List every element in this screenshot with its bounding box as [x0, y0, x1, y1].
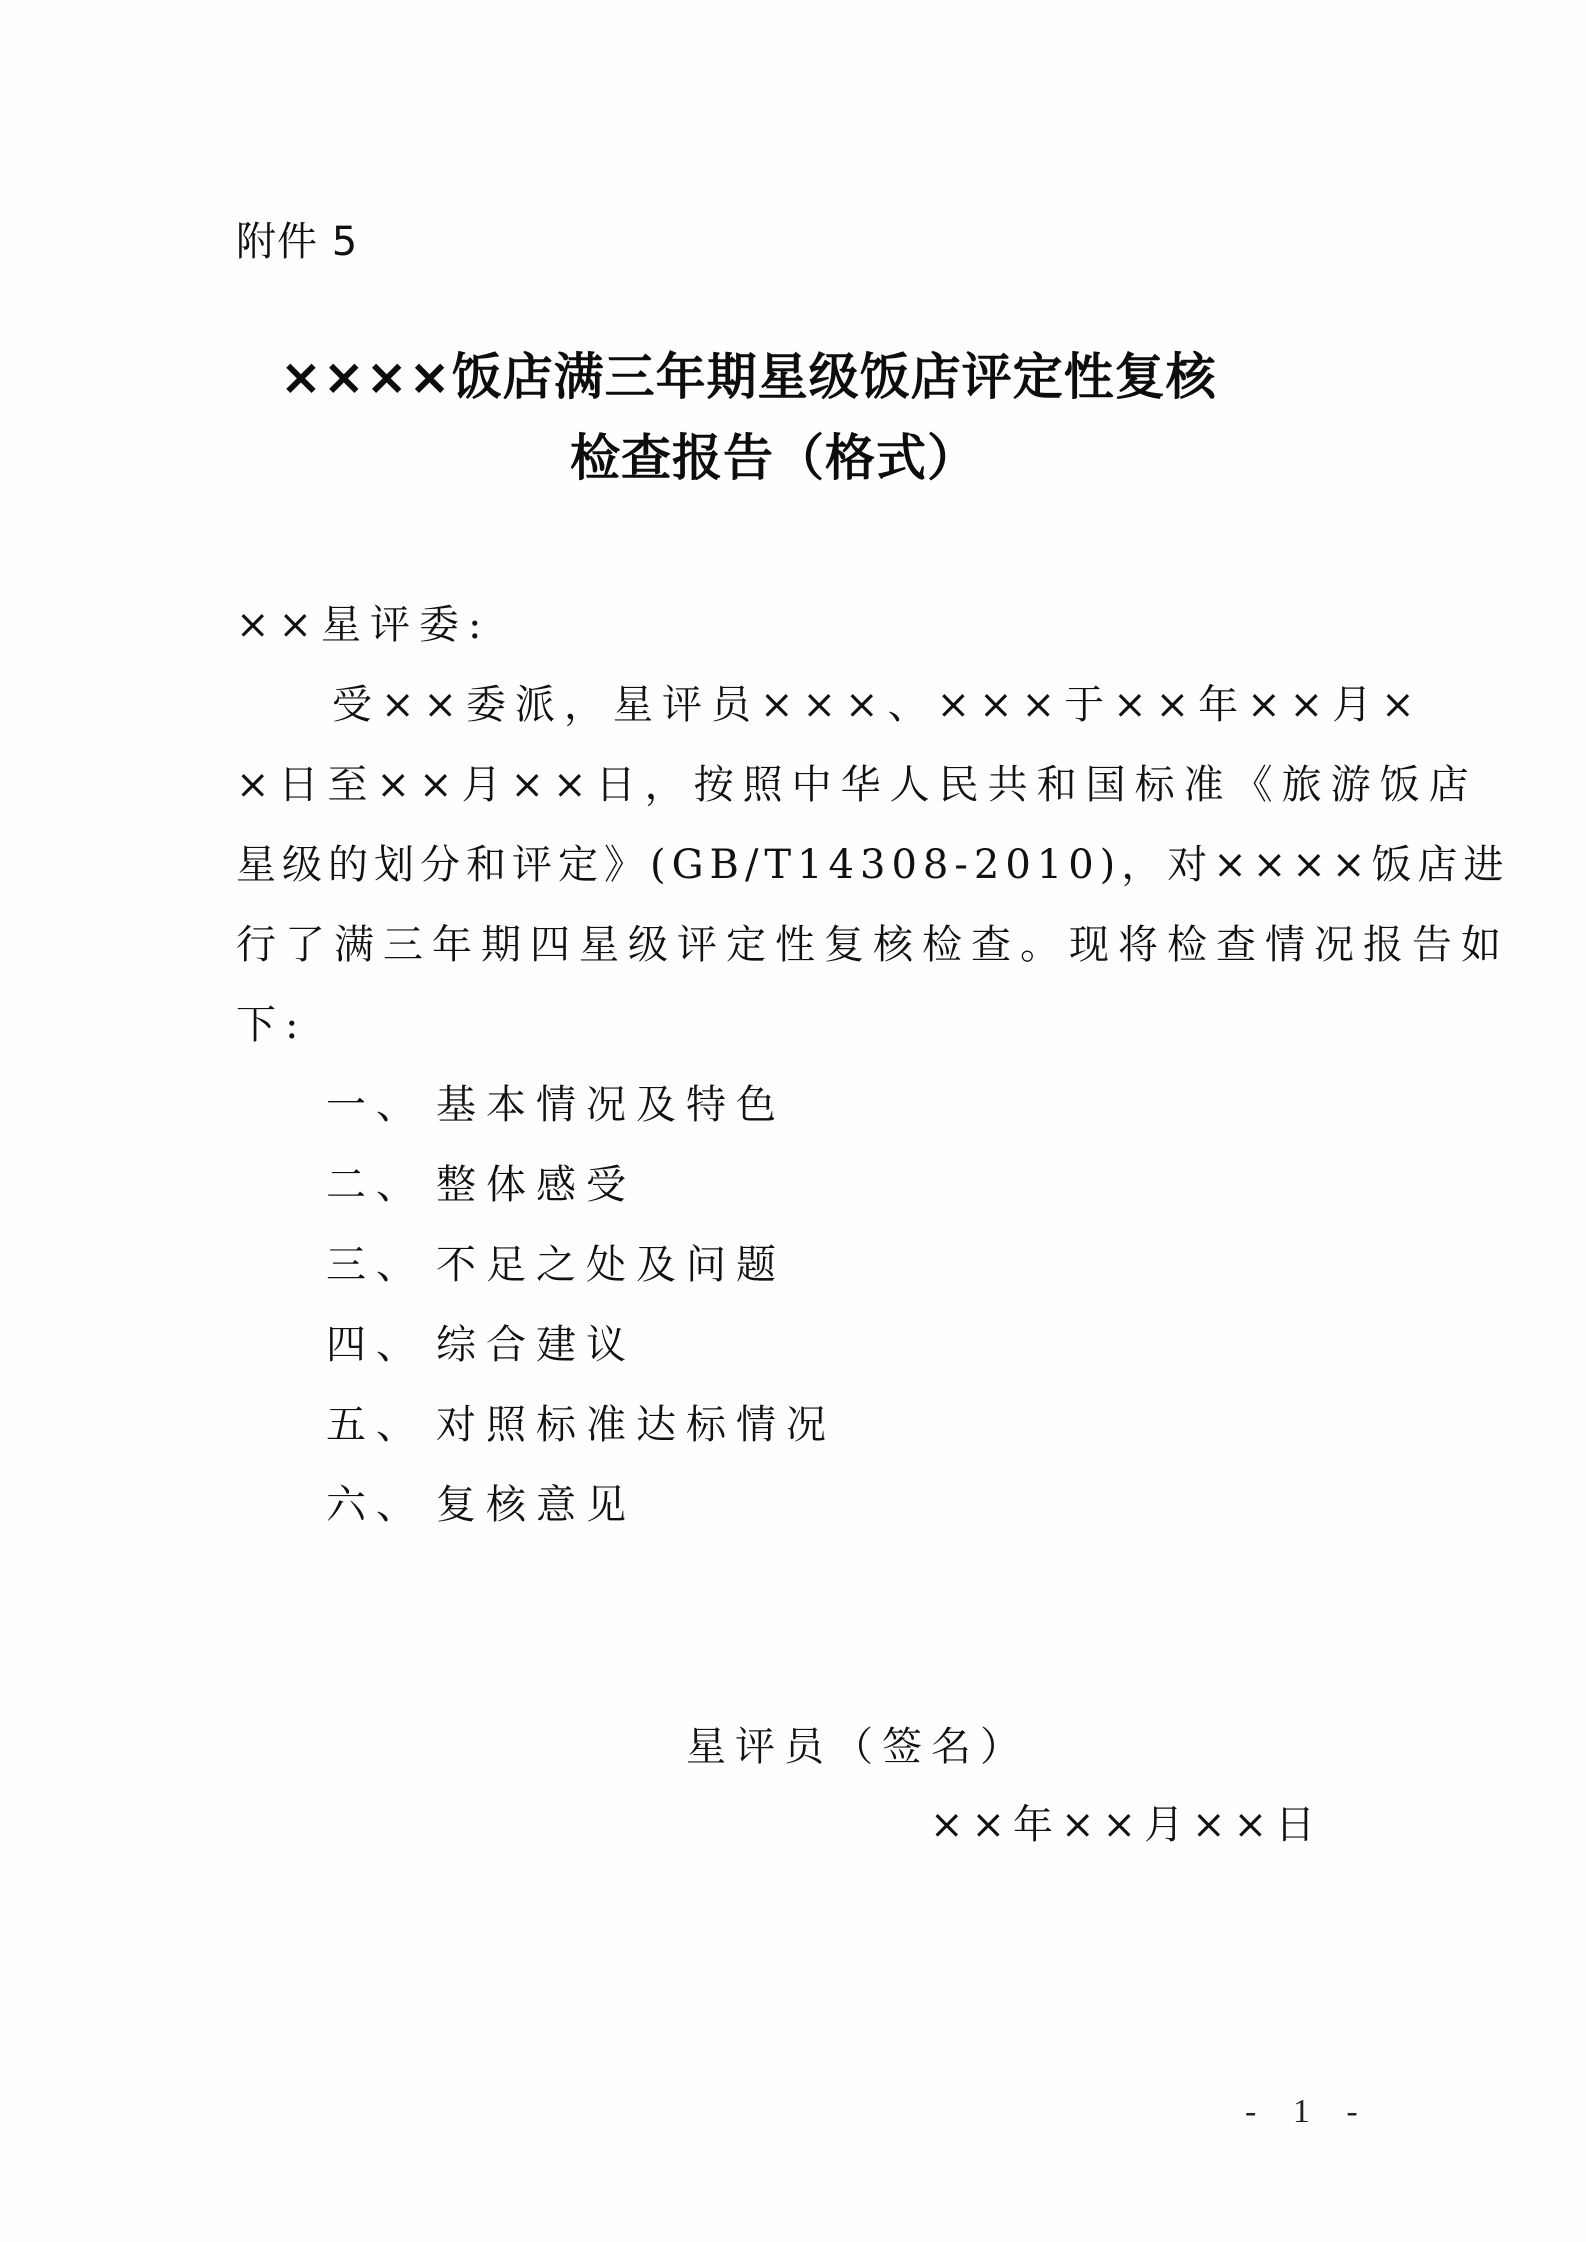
section-item-overall-impression: 二、整体感受	[326, 1160, 636, 1210]
section-separator: 、	[376, 1080, 426, 1130]
signature-label: 星评员（签名）	[686, 1722, 1029, 1772]
paragraph-line: 行了满三年期四星级评定性复核检查。现将检查情况报告如	[236, 920, 1510, 970]
section-label: 复核意见	[436, 1482, 636, 1528]
salutation: ××星评委:	[236, 600, 491, 650]
paragraph-line: ×日至××月××日，按照中华人民共和国标准《旅游饭店	[236, 760, 1478, 810]
page-number: - 1 -	[1245, 2092, 1372, 2132]
section-item-standard-compliance: 五、对照标准达标情况	[326, 1400, 836, 1450]
section-separator: 、	[376, 1480, 426, 1530]
section-label: 不足之处及问题	[436, 1242, 786, 1288]
document-title-line-2: 检查报告（格式）	[570, 428, 1070, 488]
section-label: 基本情况及特色	[436, 1082, 786, 1128]
section-item-suggestions: 四、综合建议	[326, 1320, 636, 1370]
section-separator: 、	[376, 1240, 426, 1290]
paragraph-line: 受××委派，星评员×××、×××于××年××月×	[332, 680, 1424, 730]
section-number: 六	[326, 1480, 376, 1530]
document-title-line-1: ××××饭店满三年期星级饭店评定性复核	[280, 347, 1320, 407]
section-number: 三	[326, 1240, 376, 1290]
attachment-label: 附件 5	[236, 218, 358, 266]
section-separator: 、	[376, 1160, 426, 1210]
section-separator: 、	[376, 1320, 426, 1370]
section-number: 四	[326, 1320, 376, 1370]
section-item-review-opinion: 六、复核意见	[326, 1480, 636, 1530]
section-item-shortcomings: 三、不足之处及问题	[326, 1240, 786, 1290]
section-label: 综合建议	[436, 1322, 636, 1368]
section-number: 一	[326, 1080, 376, 1130]
section-label: 对照标准达标情况	[436, 1402, 836, 1448]
section-label: 整体感受	[436, 1162, 636, 1208]
paragraph-line: 星级的划分和评定》(GB/T14308-2010)，对××××饭店进	[236, 840, 1509, 890]
paragraph-line: 下:	[236, 1000, 307, 1050]
section-item-basic-info: 一、基本情况及特色	[326, 1080, 786, 1130]
signature-date: ××年××月××日	[930, 1800, 1323, 1850]
document-page: 附件 5 ××××饭店满三年期星级饭店评定性复核 检查报告（格式） ××星评委:…	[0, 0, 1586, 2242]
section-separator: 、	[376, 1400, 426, 1450]
section-number: 二	[326, 1160, 376, 1210]
section-number: 五	[326, 1400, 376, 1450]
